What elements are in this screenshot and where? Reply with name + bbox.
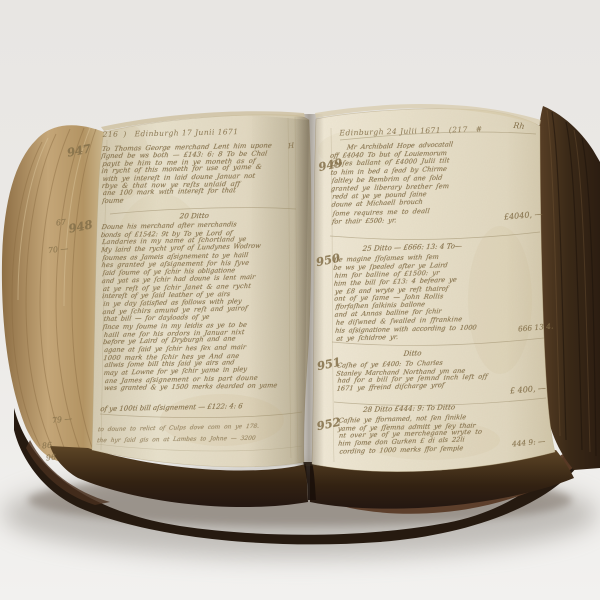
right-folio-number: (217 bbox=[449, 125, 468, 135]
ledger-entry-947: 947 To Thomas George merchand Lent him u… bbox=[101, 142, 300, 205]
ledger-entry-949: 949 Mr Archibald Hope advocatalloff £404… bbox=[330, 138, 532, 225]
entry-947-lines: To Thomas George merchand Lent him upone… bbox=[101, 142, 300, 205]
ledger-entry-948: 948 Doune his merchand after merchandisb… bbox=[100, 220, 305, 393]
left-page-sum-line: of ye 100ti bill aſsignement — £122: 4: … bbox=[100, 402, 243, 413]
entry-951-lines: Caſhe of ye £400: To CharlesStanley Marc… bbox=[336, 357, 537, 393]
entry-950-lines: ſie magine ſſoſames with ſembe ws ye ſpe… bbox=[333, 251, 535, 343]
ledger-entry-951: 951 Ditto Caſhe of ye £400: To CharlesSt… bbox=[336, 345, 537, 393]
left-folio-bracket: ) bbox=[123, 130, 127, 139]
left-page-content: 216) Edinburgh 17 Junii 1671 947 To Thom… bbox=[91, 125, 312, 465]
margin-number-96: 96 bbox=[46, 453, 57, 463]
margin-number-67: 67 bbox=[56, 218, 67, 228]
ledger-entry-952: 952 28 Ditto £444: 9: To Ditto Caſhie ye… bbox=[337, 400, 538, 456]
left-page-date: Edinburgh 17 Junii 1671 bbox=[134, 127, 238, 138]
ledger-entry-950: 950 25 Ditto — £666: 13: 4 To— ſie magin… bbox=[333, 239, 536, 343]
right-page-date: Edinburgh 24 Julii 1671 bbox=[339, 126, 441, 138]
left-page-header: 216) Edinburgh 17 Junii 1671 bbox=[103, 127, 244, 139]
entry-949-lines: Mr Archibald Hope advocatalloff £4040 To… bbox=[330, 138, 532, 225]
entry-948-lines: Doune his merchand after merchandisbonds… bbox=[100, 220, 305, 393]
left-margin-mark: H bbox=[288, 142, 295, 151]
left-page-bottom-notes: to doune to relict of Culps dove com on … bbox=[97, 421, 311, 446]
right-page-header: Edinburgh 24 Julii 1671 (217 # bbox=[339, 124, 487, 137]
right-corner-mark: Rh bbox=[513, 121, 525, 131]
right-header-mark: # bbox=[476, 125, 483, 134]
left-folio-number: 216 bbox=[103, 130, 119, 139]
photo-open-manuscript-ledger: 216) Edinburgh 17 Junii 1671 947 To Thom… bbox=[0, 0, 600, 600]
handwriting-line: wes granted & ye 1500 merks dearded on y… bbox=[103, 382, 306, 393]
right-page-content: Edinburgh 24 Julii 1671 (217 # Rh 949 Mr… bbox=[315, 121, 548, 467]
entry-952-lines: Caſhie ye ffornamed, not ſen ſinikleyame… bbox=[337, 412, 538, 456]
entry-951-subheading: Ditto bbox=[403, 345, 536, 358]
margin-number-86: 86 bbox=[42, 441, 53, 451]
